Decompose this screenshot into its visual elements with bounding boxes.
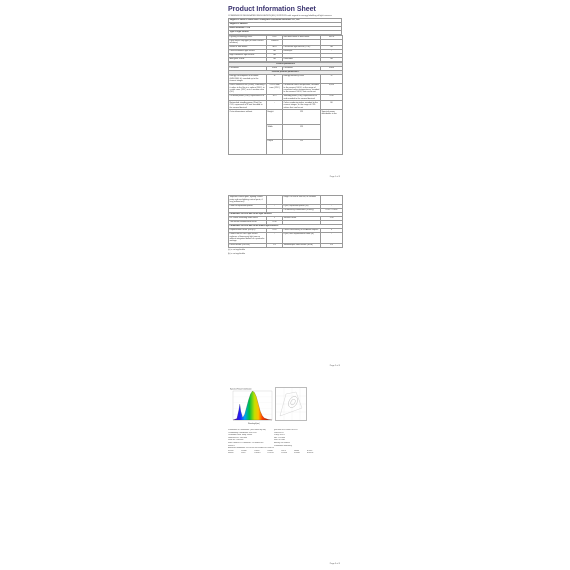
page-number: Page 3 of 3 bbox=[330, 563, 340, 565]
type-row: Anti-glare shield:NoDimmable:No bbox=[229, 58, 343, 62]
svg-text:Wavelength(nm): Wavelength(nm) bbox=[248, 422, 260, 425]
spectral-power-chart: Spectral Power DistributionWavelength(nm… bbox=[228, 387, 274, 427]
product-parameters-table: Product parametersParameterValueParamete… bbox=[228, 62, 343, 155]
cri-row-2: R8=60R9=1R10=67R11=78R12=58R13=81R14=96 bbox=[228, 452, 320, 455]
parameter-row: Useful luminous flux (Φuse), indicating … bbox=[229, 83, 343, 94]
parameter-row: Energy consumption in on-mode (kWh/1000 … bbox=[229, 75, 343, 84]
type-of-light-source: Type of light source: bbox=[229, 30, 342, 34]
document-title: Product Information Sheet bbox=[228, 6, 342, 14]
page2-parameters-table: Separate control gear, lighting control … bbox=[228, 195, 343, 248]
footnote-b: (b) = not applicable bbox=[228, 253, 342, 256]
dimension-row: Outer dimensions withoutHeight125Spectra… bbox=[229, 110, 343, 125]
measurement-results: Photometric & Colorimetric (Test results… bbox=[228, 429, 320, 455]
type-table: Lighting technology used:LEDNon-directio… bbox=[228, 35, 343, 62]
page-1: Product Information Sheet COMMISSION DEL… bbox=[228, 6, 342, 178]
cie-chromaticity-diagram bbox=[275, 387, 307, 421]
parameter-row: Claims that an LED light source replaces… bbox=[229, 232, 343, 243]
page-number: Page 2 of 3 bbox=[330, 365, 340, 367]
page-3: Spectral Power DistributionWavelength(nm… bbox=[228, 385, 342, 565]
page-2: Separate control gear, lighting control … bbox=[228, 195, 342, 370]
parameter-row: Flicker metric (Pst LM)1.0Stroboscopic e… bbox=[229, 244, 343, 248]
footnote-a: (a) = not applicable bbox=[228, 249, 342, 252]
parameter-row: Networked standby power (Pnet) for CLS, … bbox=[229, 101, 343, 110]
svg-text:Spectral Power Distribution: Spectral Power Distribution bbox=[230, 388, 252, 391]
supplier-table: Supplier's name or trade mark: Guangzhou… bbox=[228, 18, 342, 35]
continued-row: Separate control gear, lighting control … bbox=[229, 196, 343, 205]
page-number: Page 1 of 3 bbox=[330, 176, 340, 178]
regulation-text: COMMISSION DELEGATED REGULATION (EU) 201… bbox=[228, 15, 342, 18]
